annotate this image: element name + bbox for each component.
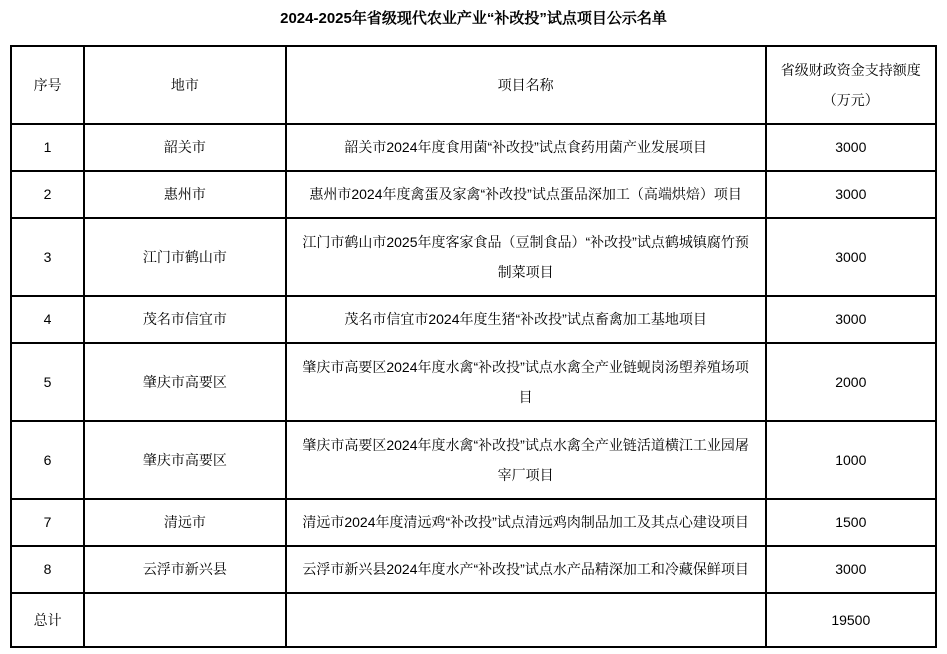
cell-city: 清远市 bbox=[84, 499, 285, 546]
header-amount: 省级财政资金支持额度 （万元） bbox=[766, 46, 936, 124]
cell-city: 惠州市 bbox=[84, 171, 285, 218]
table-row: 5 肇庆市高要区 肇庆市高要区2024年度水禽“补改投”试点水禽全产业链蚬岗汤塱… bbox=[11, 343, 936, 421]
cell-project: 肇庆市高要区2024年度水禽“补改投”试点水禽全产业链蚬岗汤塱养殖场项目 bbox=[286, 343, 766, 421]
table-row: 6 肇庆市高要区 肇庆市高要区2024年度水禽“补改投”试点水禽全产业链活道横江… bbox=[11, 421, 936, 499]
table-total-row: 总计 19500 bbox=[11, 593, 936, 647]
cell-amount: 1500 bbox=[766, 499, 936, 546]
cell-amount: 3000 bbox=[766, 546, 936, 593]
cell-city: 云浮市新兴县 bbox=[84, 546, 285, 593]
table-row: 8 云浮市新兴县 云浮市新兴县2024年度水产“补改投”试点水产品精深加工和冷藏… bbox=[11, 546, 936, 593]
cell-project: 云浮市新兴县2024年度水产“补改投”试点水产品精深加工和冷藏保鲜项目 bbox=[286, 546, 766, 593]
cell-amount: 3000 bbox=[766, 296, 936, 343]
table-row: 3 江门市鹤山市 江门市鹤山市2025年度客家食品（豆制食品）“补改投”试点鹤城… bbox=[11, 218, 936, 296]
cell-amount: 2000 bbox=[766, 343, 936, 421]
cell-amount: 1000 bbox=[766, 421, 936, 499]
cell-no: 5 bbox=[11, 343, 84, 421]
cell-amount: 3000 bbox=[766, 171, 936, 218]
cell-city: 肇庆市高要区 bbox=[84, 421, 285, 499]
announcement-page: 2024-2025年省级现代农业产业“补改投”试点项目公示名单 序号 地市 项目… bbox=[0, 0, 947, 654]
table-row: 2 惠州市 惠州市2024年度禽蛋及家禽“补改投”试点蛋品深加工（高端烘焙）项目… bbox=[11, 171, 936, 218]
cell-no: 1 bbox=[11, 124, 84, 171]
cell-no: 8 bbox=[11, 546, 84, 593]
cell-no: 6 bbox=[11, 421, 84, 499]
total-project-empty bbox=[286, 593, 766, 647]
cell-city: 韶关市 bbox=[84, 124, 285, 171]
cell-no: 7 bbox=[11, 499, 84, 546]
cell-city: 茂名市信宜市 bbox=[84, 296, 285, 343]
cell-project: 清远市2024年度清远鸡“补改投”试点清远鸡肉制品加工及其点心建设项目 bbox=[286, 499, 766, 546]
projects-table: 序号 地市 项目名称 省级财政资金支持额度 （万元） 1 韶关市 韶关市2024… bbox=[10, 45, 937, 648]
header-amount-line1: 省级财政资金支持额度 bbox=[777, 55, 925, 85]
cell-city: 肇庆市高要区 bbox=[84, 343, 285, 421]
total-label: 总计 bbox=[11, 593, 84, 647]
table-header-row: 序号 地市 项目名称 省级财政资金支持额度 （万元） bbox=[11, 46, 936, 124]
total-amount: 19500 bbox=[766, 593, 936, 647]
table-row: 1 韶关市 韶关市2024年度食用菌“补改投”试点食药用菌产业发展项目 3000 bbox=[11, 124, 936, 171]
cell-project: 茂名市信宜市2024年度生猪“补改投”试点畜禽加工基地项目 bbox=[286, 296, 766, 343]
header-city: 地市 bbox=[84, 46, 285, 124]
total-city-empty bbox=[84, 593, 285, 647]
cell-project: 韶关市2024年度食用菌“补改投”试点食药用菌产业发展项目 bbox=[286, 124, 766, 171]
cell-no: 3 bbox=[11, 218, 84, 296]
cell-project: 惠州市2024年度禽蛋及家禽“补改投”试点蛋品深加工（高端烘焙）项目 bbox=[286, 171, 766, 218]
document-title: 2024-2025年省级现代农业产业“补改投”试点项目公示名单 bbox=[0, 0, 947, 29]
cell-project: 江门市鹤山市2025年度客家食品（豆制食品）“补改投”试点鹤城镇腐竹预制菜项目 bbox=[286, 218, 766, 296]
cell-no: 2 bbox=[11, 171, 84, 218]
cell-no: 4 bbox=[11, 296, 84, 343]
cell-project: 肇庆市高要区2024年度水禽“补改投”试点水禽全产业链活道横江工业园屠宰厂项目 bbox=[286, 421, 766, 499]
header-amount-line2: （万元） bbox=[777, 85, 925, 115]
cell-amount: 3000 bbox=[766, 218, 936, 296]
cell-amount: 3000 bbox=[766, 124, 936, 171]
cell-city: 江门市鹤山市 bbox=[84, 218, 285, 296]
header-no: 序号 bbox=[11, 46, 84, 124]
table-row: 7 清远市 清远市2024年度清远鸡“补改投”试点清远鸡肉制品加工及其点心建设项… bbox=[11, 499, 936, 546]
header-project: 项目名称 bbox=[286, 46, 766, 124]
table-row: 4 茂名市信宜市 茂名市信宜市2024年度生猪“补改投”试点畜禽加工基地项目 3… bbox=[11, 296, 936, 343]
